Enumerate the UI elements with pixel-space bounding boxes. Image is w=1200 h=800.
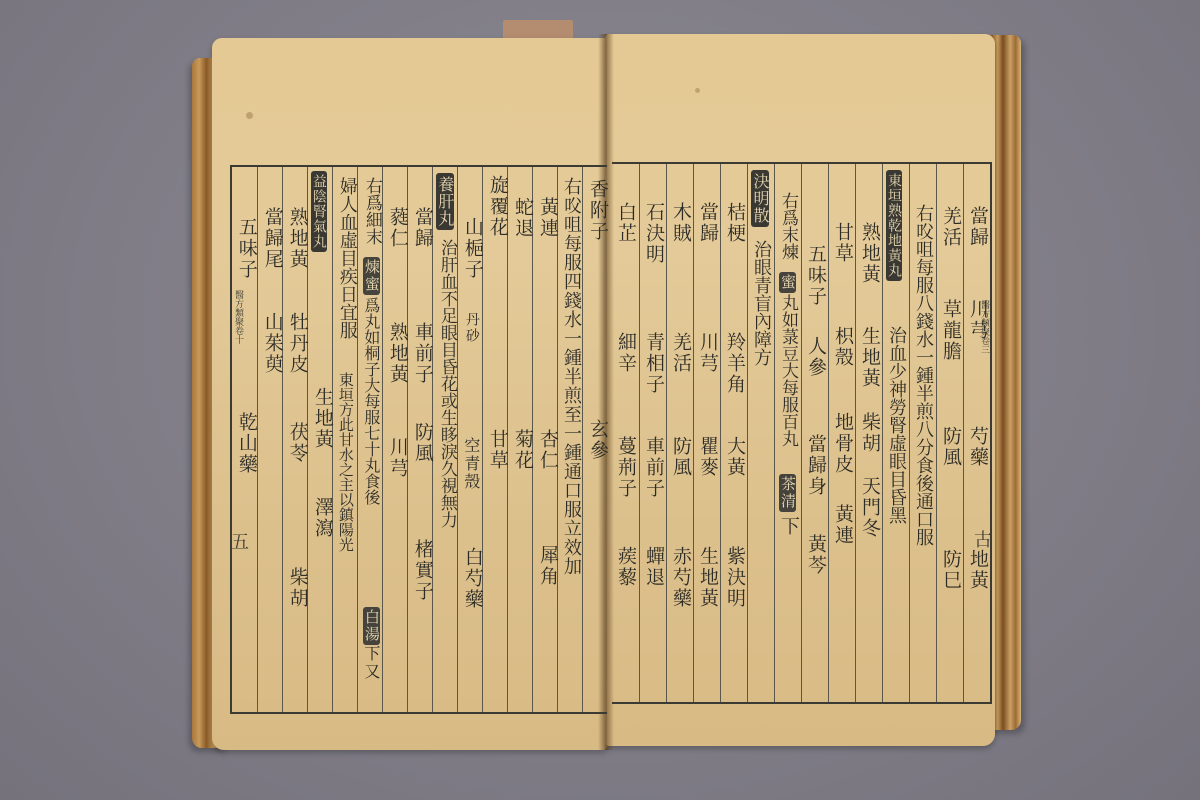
herb-name: 熟地黃 — [388, 322, 407, 385]
herb-name: 五味子 — [237, 217, 256, 280]
left-col-2: 右㕮咀每服四錢水一鍾半煎至一鍾通口服立效加 — [557, 167, 582, 712]
prescription-title: 養肝丸 — [436, 173, 454, 230]
left-col-7: 養肝丸 治肝血不足眼目昏花或生眵淚久視無力 — [432, 167, 457, 712]
herb-name: 犀角 — [538, 545, 557, 587]
herb-name: 蟬退 — [644, 546, 663, 588]
right-col-2: 羌活 草龍膽 防風 防巳 — [936, 164, 963, 702]
herb-name: 黃連 — [833, 504, 852, 546]
herb-name: 白芍藥 — [463, 547, 482, 610]
herb-name: 川芎 — [388, 437, 407, 479]
herb-name: 防風 — [671, 436, 690, 478]
herb-name: 菊花 — [513, 429, 532, 471]
herb-name: 當歸身 — [806, 434, 825, 497]
instruction-text: 右㕮咀每服四錢水一鍾半煎至一鍾通口服立效加 — [562, 177, 580, 576]
herb-name: 乾山藥 — [237, 412, 256, 475]
right-col-14: 白芷 細辛 蔓荊子 蒺藜 — [612, 164, 639, 702]
herb-name: 生地黃 — [860, 326, 879, 389]
prescription-title: 益陰腎氣丸 — [311, 171, 327, 252]
instruction-text: 下 — [779, 516, 798, 537]
herb-name: 柴胡 — [860, 412, 879, 454]
instruction-text: 下又 — [363, 645, 379, 681]
herb-name: 防巳 — [941, 549, 960, 591]
instruction-text: 爲丸如桐子大每服七十丸食後 — [363, 297, 379, 505]
herb-name: 香附子 — [588, 179, 607, 242]
herb-name: 石決明 — [644, 202, 663, 265]
herb-name: 當歸 — [968, 206, 987, 248]
indication-text: 治血少神勞腎虛眼目昏黑 — [887, 326, 905, 524]
boxed-term: 白湯 — [363, 607, 380, 645]
right-column-grid: 當歸 川芎 芍藥 地黃 羌活 草龍膽 防風 防巳 右㕮咀每服八錢水一鍾半煎八分食… — [612, 164, 990, 702]
herb-name: 黃芩 — [806, 534, 825, 576]
herb-name: 細辛 — [616, 332, 635, 374]
herb-name: 生地黃 — [698, 546, 717, 609]
herb-name: 熟地黃 — [288, 207, 307, 270]
prescription-title: 東垣熟乾地黃丸 — [886, 170, 902, 281]
herb-name: 當歸 — [698, 202, 717, 244]
right-col-9: 決明散 治眼青盲內障方 — [747, 164, 774, 702]
right-col-7: 五味子 人參 當歸身 黃芩 — [801, 164, 828, 702]
herb-name: 車前子 — [644, 436, 663, 499]
right-col-4: 東垣熟乾地黃丸 治血少神勞腎虛眼目昏黑 — [882, 164, 909, 702]
left-col-14: 當歸尾 山茱萸 — [257, 167, 282, 712]
left-col-9: 蕤仁 熟地黃 川芎 — [382, 167, 407, 712]
indication-text: 婦人血虛目疾日宜服 — [338, 177, 356, 339]
herb-name: 青相子 — [644, 332, 663, 395]
herb-name: 蔓荊子 — [616, 436, 635, 499]
right-page-printed-frame: 當歸 川芎 芍藥 地黃 羌活 草龍膽 防風 防巳 右㕮咀每服八錢水一鍾半煎八分食… — [612, 162, 992, 704]
herb-name: 芍藥 — [968, 426, 987, 468]
herb-name: 山梔子 — [463, 217, 482, 280]
herb-name: 空青殼 — [463, 437, 479, 491]
herb-name: 瞿麥 — [698, 436, 717, 478]
left-col-15: 五味子 乾山藥 — [232, 167, 257, 712]
left-column-grid: 香附子 玄參 右㕮咀每服四錢水一鍾半煎至一鍾通口服立效加 黃連 杏仁 犀角 蛇退… — [232, 167, 607, 712]
paper-stain — [695, 88, 700, 93]
herb-name: 茯苓 — [288, 422, 307, 464]
herb-name: 甘草 — [488, 429, 507, 471]
herb-name: 牡丹皮 — [288, 312, 307, 375]
left-page-printed-frame: 香附子 玄參 右㕮咀每服四錢水一鍾半煎至一鍾通口服立效加 黃連 杏仁 犀角 蛇退… — [230, 165, 607, 714]
herb-name: 羚羊角 — [725, 332, 744, 395]
herb-name: 木賊 — [671, 202, 690, 244]
herb-name: 柴胡 — [288, 567, 307, 609]
herb-name: 當歸 — [413, 207, 432, 249]
herb-name: 黃連 — [538, 197, 557, 239]
indication-text: 治眼青盲內障方 — [752, 240, 770, 366]
herb-name: 草龍膽 — [941, 299, 960, 362]
right-page-number: 古 — [974, 526, 992, 552]
left-col-3: 黃連 杏仁 犀角 — [532, 167, 557, 712]
herb-name: 澤瀉 — [313, 497, 332, 539]
right-col-12: 木賊 羌活 防風 赤芍藥 — [666, 164, 693, 702]
herb-name: 杏仁 — [538, 429, 557, 471]
herb-name: 桔梗 — [725, 202, 744, 244]
herb-name: 白芷 — [616, 202, 635, 244]
right-col-10: 桔梗 羚羊角 大黃 紫決明 — [720, 164, 747, 702]
left-folio-label: 醫方類聚卷十 — [232, 290, 245, 344]
herb-name: 生地黃 — [313, 387, 332, 450]
right-col-11: 當歸 川芎 瞿麥 生地黃 — [693, 164, 720, 702]
herb-name: 川芎 — [698, 332, 717, 374]
left-col-12: 益陰腎氣丸 生地黃 澤瀉 — [307, 167, 332, 712]
left-col-5: 旋覆花 甘草 — [482, 167, 507, 712]
left-col-6: 山梔子 丹砂 空青殼 白芍藥 — [457, 167, 482, 712]
open-book: 香附子 玄參 右㕮咀每服四錢水一鍾半煎至一鍾通口服立效加 黃連 杏仁 犀角 蛇退… — [0, 0, 1200, 800]
left-col-8: 當歸 車前子 防風 楮實子 — [407, 167, 432, 712]
herb-name: 人參 — [806, 336, 825, 378]
indication-text: 治肝血不足眼目昏花或生眵淚久視無力 — [438, 239, 455, 528]
left-col-10: 右爲細末 煉蜜 爲丸如桐子大每服七十丸食後 白湯 下又 — [357, 167, 382, 712]
boxed-term: 煉蜜 — [363, 257, 380, 295]
instruction-text: 右爲末煉 — [779, 192, 796, 260]
prescription-title: 決明散 — [751, 170, 769, 227]
herb-name: 楮實子 — [413, 539, 432, 602]
boxed-term: 蜜 — [779, 272, 796, 293]
herb-name: 車前子 — [413, 322, 432, 385]
right-col-1: 當歸 川芎 芍藥 地黃 — [963, 164, 990, 702]
herb-name: 防風 — [413, 422, 432, 464]
herb-name: 天門冬 — [860, 476, 879, 539]
herb-name: 蛇退 — [513, 197, 532, 239]
herb-name: 甘草 — [833, 222, 852, 264]
herb-name: 地骨皮 — [833, 412, 852, 475]
herb-name: 蒺藜 — [616, 546, 635, 588]
instruction-text: 右爲細末 — [363, 177, 380, 245]
herb-name: 五味子 — [806, 244, 825, 307]
herb-name: 玄參 — [588, 419, 607, 461]
herb-name: 紫決明 — [725, 546, 744, 609]
right-col-3: 右㕮咀每服八錢水一鍾半煎八分食後通口服 — [909, 164, 936, 702]
herb-name: 蕤仁 — [388, 207, 407, 249]
left-col-11: 婦人血虛目疾日宜服 東垣方此甘水之主以鎮陽光 — [332, 167, 357, 712]
instruction-text: 丸如菉豆大每服百丸 — [779, 294, 796, 447]
herb-name: 防風 — [941, 426, 960, 468]
right-col-13: 石決明 青相子 車前子 蟬退 — [639, 164, 666, 702]
boxed-term: 茶清 — [779, 474, 796, 512]
right-col-5: 熟地黃 生地黃 柴胡 天門冬 — [855, 164, 882, 702]
herb-name: 大黃 — [725, 436, 744, 478]
right-folio-label: 醫方類聚卷三 — [978, 300, 991, 354]
instruction-text: 右㕮咀每服八錢水一鍾半煎八分食後通口服 — [914, 204, 932, 546]
left-col-13: 熟地黃 牡丹皮 茯苓 柴胡 — [282, 167, 307, 712]
herb-name: 山茱萸 — [263, 312, 282, 375]
herb-name: 羌活 — [941, 206, 960, 248]
right-col-8: 右爲末煉 蜜 丸如菉豆大每服百丸 茶清 下 — [774, 164, 801, 702]
herb-name: 當歸尾 — [263, 207, 282, 270]
herb-name: 地黃 — [968, 549, 987, 591]
herb-name: 枳殼 — [833, 326, 852, 368]
source-note: 東垣方此甘水之主以鎮陽光 — [338, 372, 353, 552]
herb-name: 羌活 — [671, 332, 690, 374]
right-col-6: 甘草 枳殼 地骨皮 黃連 — [828, 164, 855, 702]
left-col-1: 香附子 玄參 — [582, 167, 607, 712]
left-col-4: 蛇退 菊花 — [507, 167, 532, 712]
paper-stain — [246, 112, 253, 119]
herb-name: 赤芍藥 — [671, 546, 690, 609]
herb-name: 熟地黃 — [860, 222, 879, 285]
herb-name: 旋覆花 — [488, 175, 507, 238]
left-page-number: 五 — [231, 528, 249, 554]
herb-name: 丹砂 — [465, 312, 479, 344]
